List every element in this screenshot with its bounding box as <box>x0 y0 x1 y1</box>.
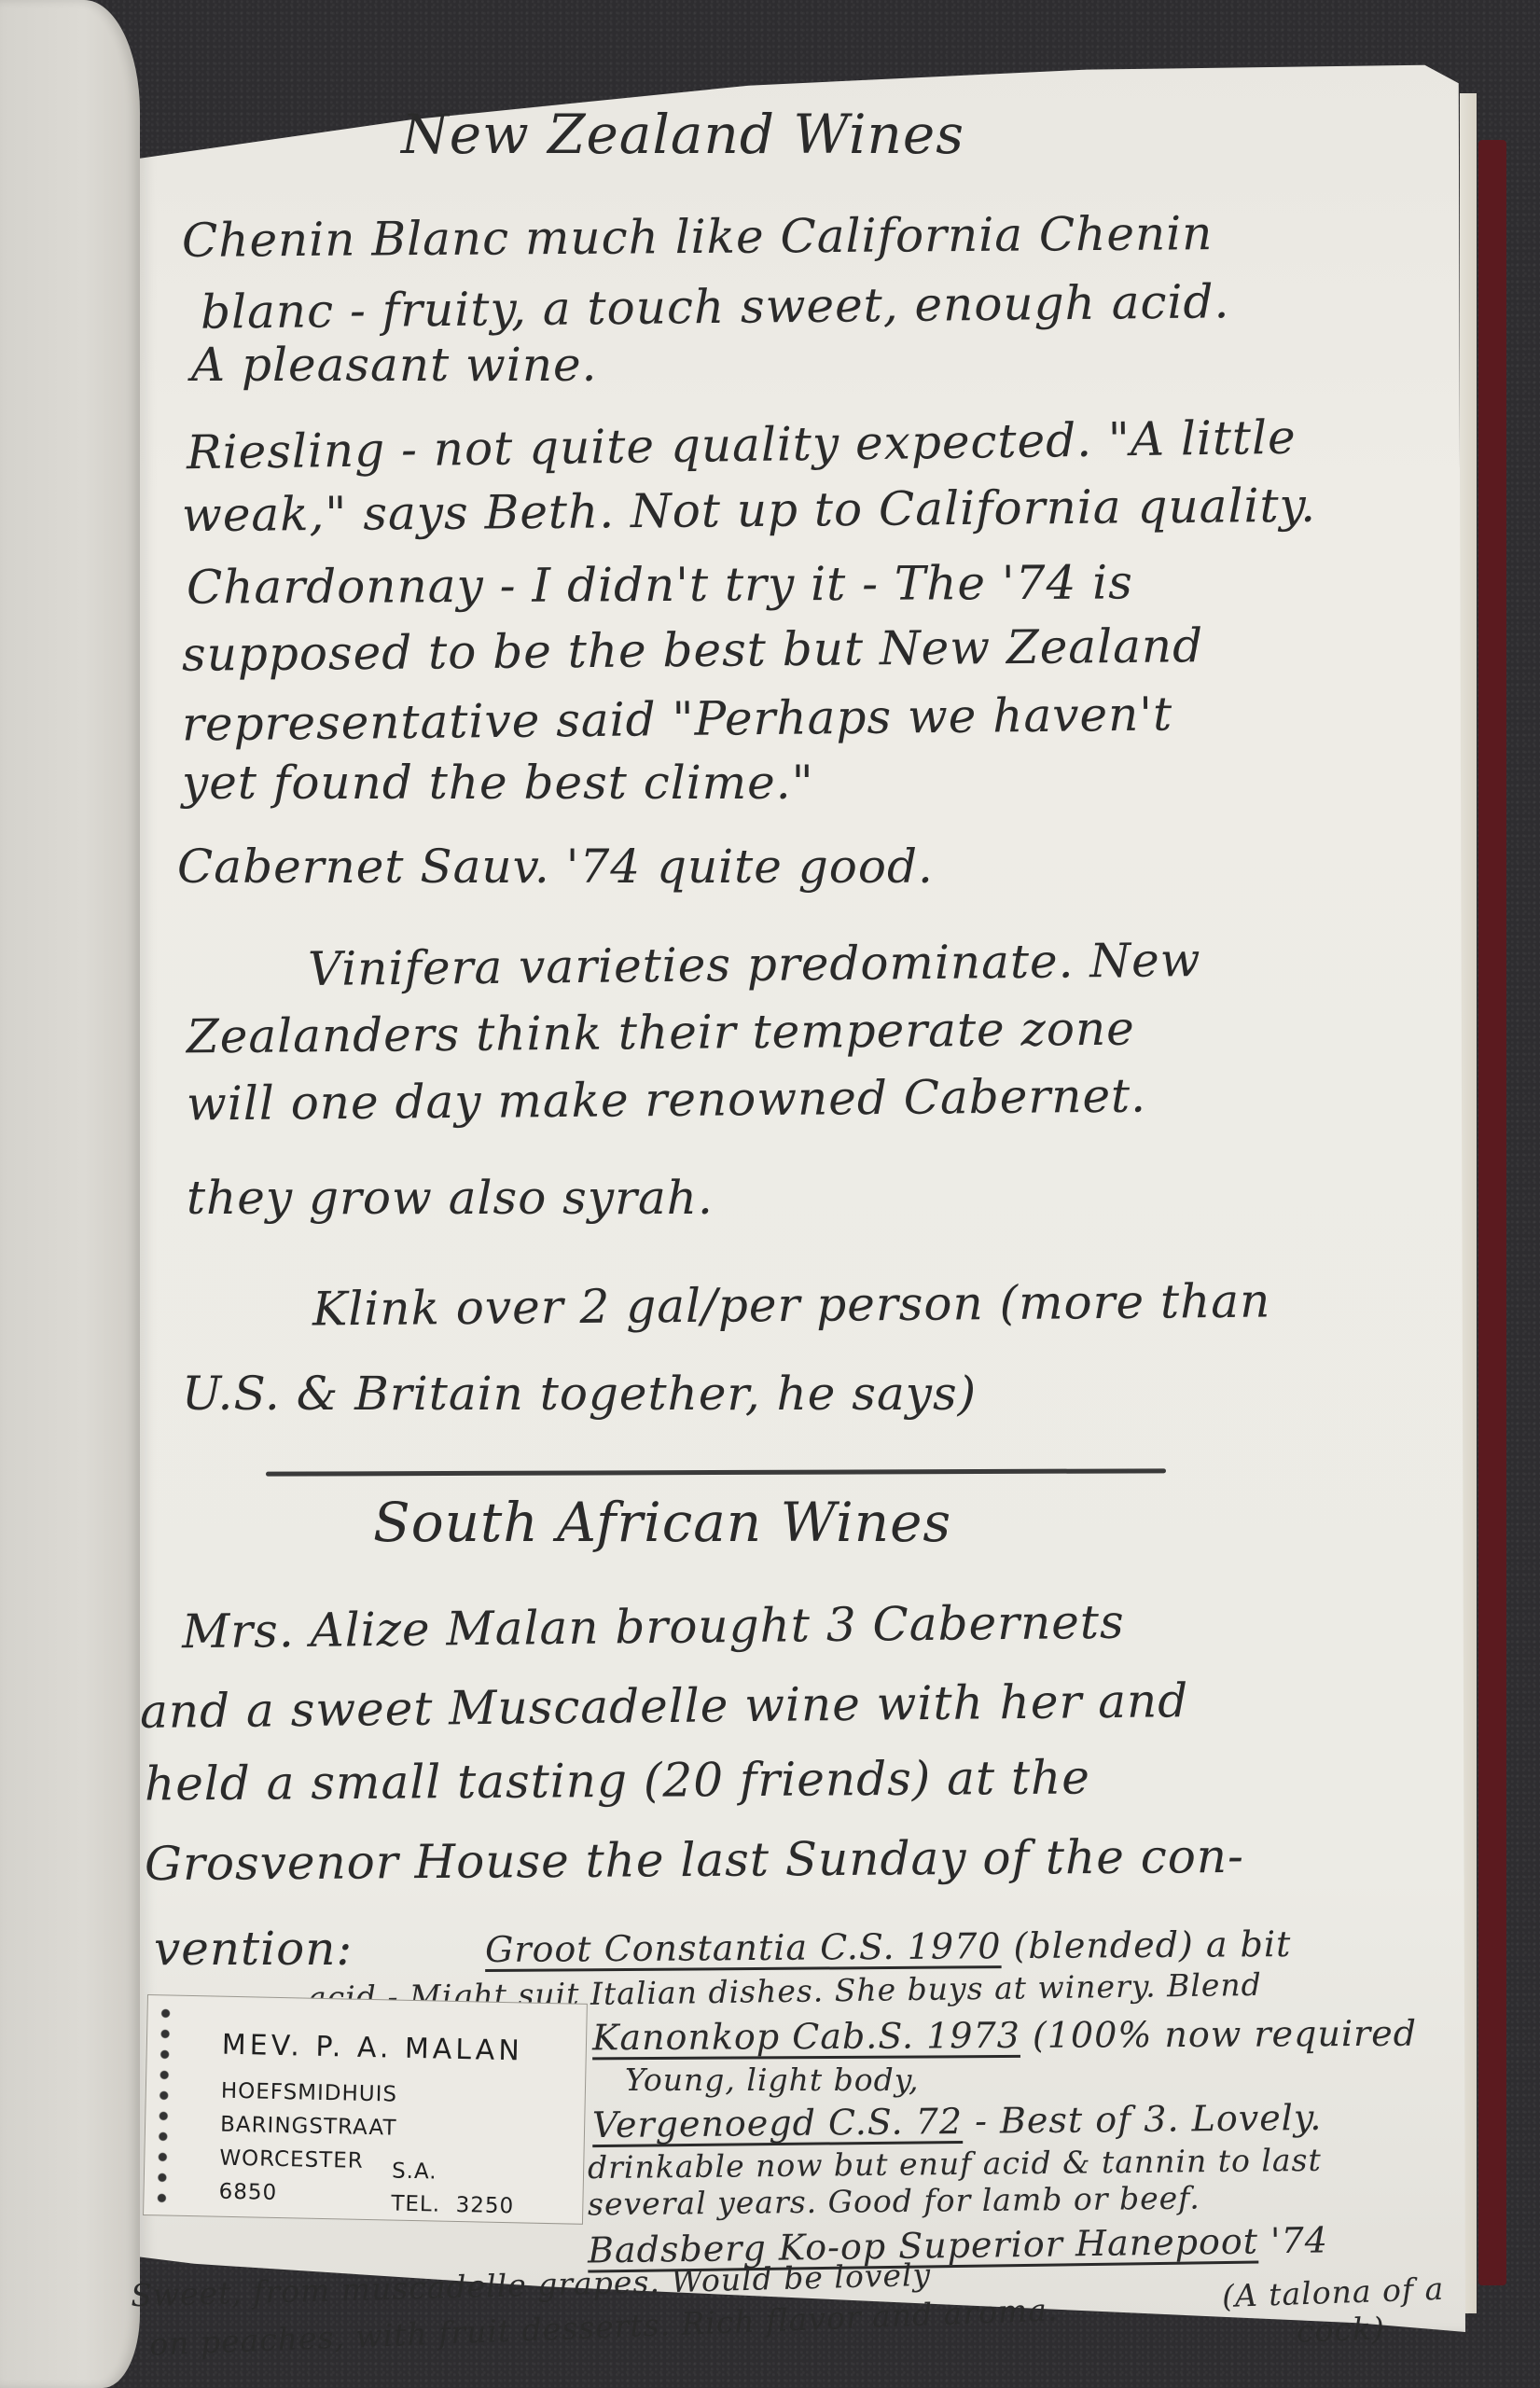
sa-intro-line: vention: <box>154 1922 353 1976</box>
sa-intro-line: held a small tasting (20 friends) at the <box>145 1750 1090 1811</box>
nz-line: Chardonnay - I didn't try it - The '74 i… <box>187 555 1133 614</box>
nz-line: weak," says Beth. Not up to California q… <box>182 479 1317 543</box>
wine-detail: cock) <box>1296 2310 1385 2349</box>
wine-note: (100% now required <box>1033 2013 1417 2056</box>
nz-line: Vinifera varieties predominate. New <box>308 933 1201 996</box>
wine-detail: drinkable now but enuf acid & tannin to … <box>588 2142 1322 2186</box>
sa-intro-line: Grosvenor House the last Sunday of the c… <box>145 1829 1244 1891</box>
card-country: S.A. <box>392 2159 437 2185</box>
tel-number: 3250 <box>455 2193 514 2218</box>
nz-line: yet found the best clime." <box>182 756 814 810</box>
card-tel: TEL. 3250 <box>391 2192 514 2219</box>
facing-page <box>0 0 140 2388</box>
heading-new-zealand: New Zealand Wines <box>401 103 964 166</box>
tel-label: TEL. <box>391 2192 440 2217</box>
wine-name: Kanonkop Cab.S. 1973 <box>592 2015 1020 2058</box>
address-label-card: MEV. P. A. MALAN HOEFSMIDHUIS BARINGSTRA… <box>143 1994 588 2225</box>
wine-note: (blended) a bit <box>1013 1923 1291 1966</box>
wine-entry-groot-constantia: Groot Constantia C.S. 1970 (blended) a b… <box>485 1923 1292 1970</box>
wine-detail: Young, light body, <box>625 2062 920 2098</box>
wine-detail: several years. Good for lamb or beef. <box>588 2180 1200 2223</box>
nz-line: Cabernet Sauv. '74 quite good. <box>177 840 934 894</box>
nz-line: they grow also syrah. <box>187 1171 714 1225</box>
card-address-line: 6850 <box>218 2180 277 2205</box>
heading-south-africa: South African Wines <box>373 1491 951 1554</box>
card-address-line: BARINGSTRAAT <box>220 2113 397 2141</box>
wine-detail: (A talona of a <box>1221 2270 1444 2314</box>
nz-line: supposed to be the best but New Zealand <box>182 618 1204 682</box>
nz-line: A pleasant wine. <box>191 338 598 392</box>
wine-note: '74 <box>1270 2219 1328 2261</box>
wine-name: Groot Constantia C.S. 1970 <box>485 1925 1002 1970</box>
book-cover-edge <box>1478 140 1506 2285</box>
wine-name: Vergenoegd C.S. 72 <box>592 2101 963 2145</box>
sa-intro-line: Mrs. Alize Malan brought 3 Cabernets <box>182 1595 1125 1659</box>
card-name: MEV. P. A. MALAN <box>222 2029 524 2068</box>
nz-line: representative said "Perhaps we haven't <box>182 687 1173 751</box>
nz-line: Klink over 2 gal/per person (more than <box>312 1274 1271 1337</box>
nz-line: Chenin Blanc much like California Chenin <box>182 206 1214 268</box>
card-address-line: WORCESTER <box>219 2146 364 2173</box>
wine-entry-vergenoegd: Vergenoegd C.S. 72 - Best of 3. Lovely. <box>592 2097 1323 2145</box>
sa-intro-line: and a sweet Muscadelle wine with her and <box>140 1673 1189 1739</box>
wine-entry-kanonkop: Kanonkop Cab.S. 1973 (100% now required <box>592 2013 1417 2059</box>
card-address-line: HOEFSMIDHUIS <box>221 2079 398 2107</box>
nz-line: Zealanders think their temperate zone <box>187 1002 1135 1064</box>
wine-note: - Best of 3. Lovely. <box>975 2097 1323 2142</box>
nz-line: blanc - fruity, a touch sweet, enough ac… <box>201 274 1230 340</box>
nz-line: will one day make renowned Cabernet. <box>187 1069 1147 1132</box>
nz-line: U.S. & Britain together, he says) <box>182 1367 977 1421</box>
perforation-edge <box>153 2003 174 2208</box>
